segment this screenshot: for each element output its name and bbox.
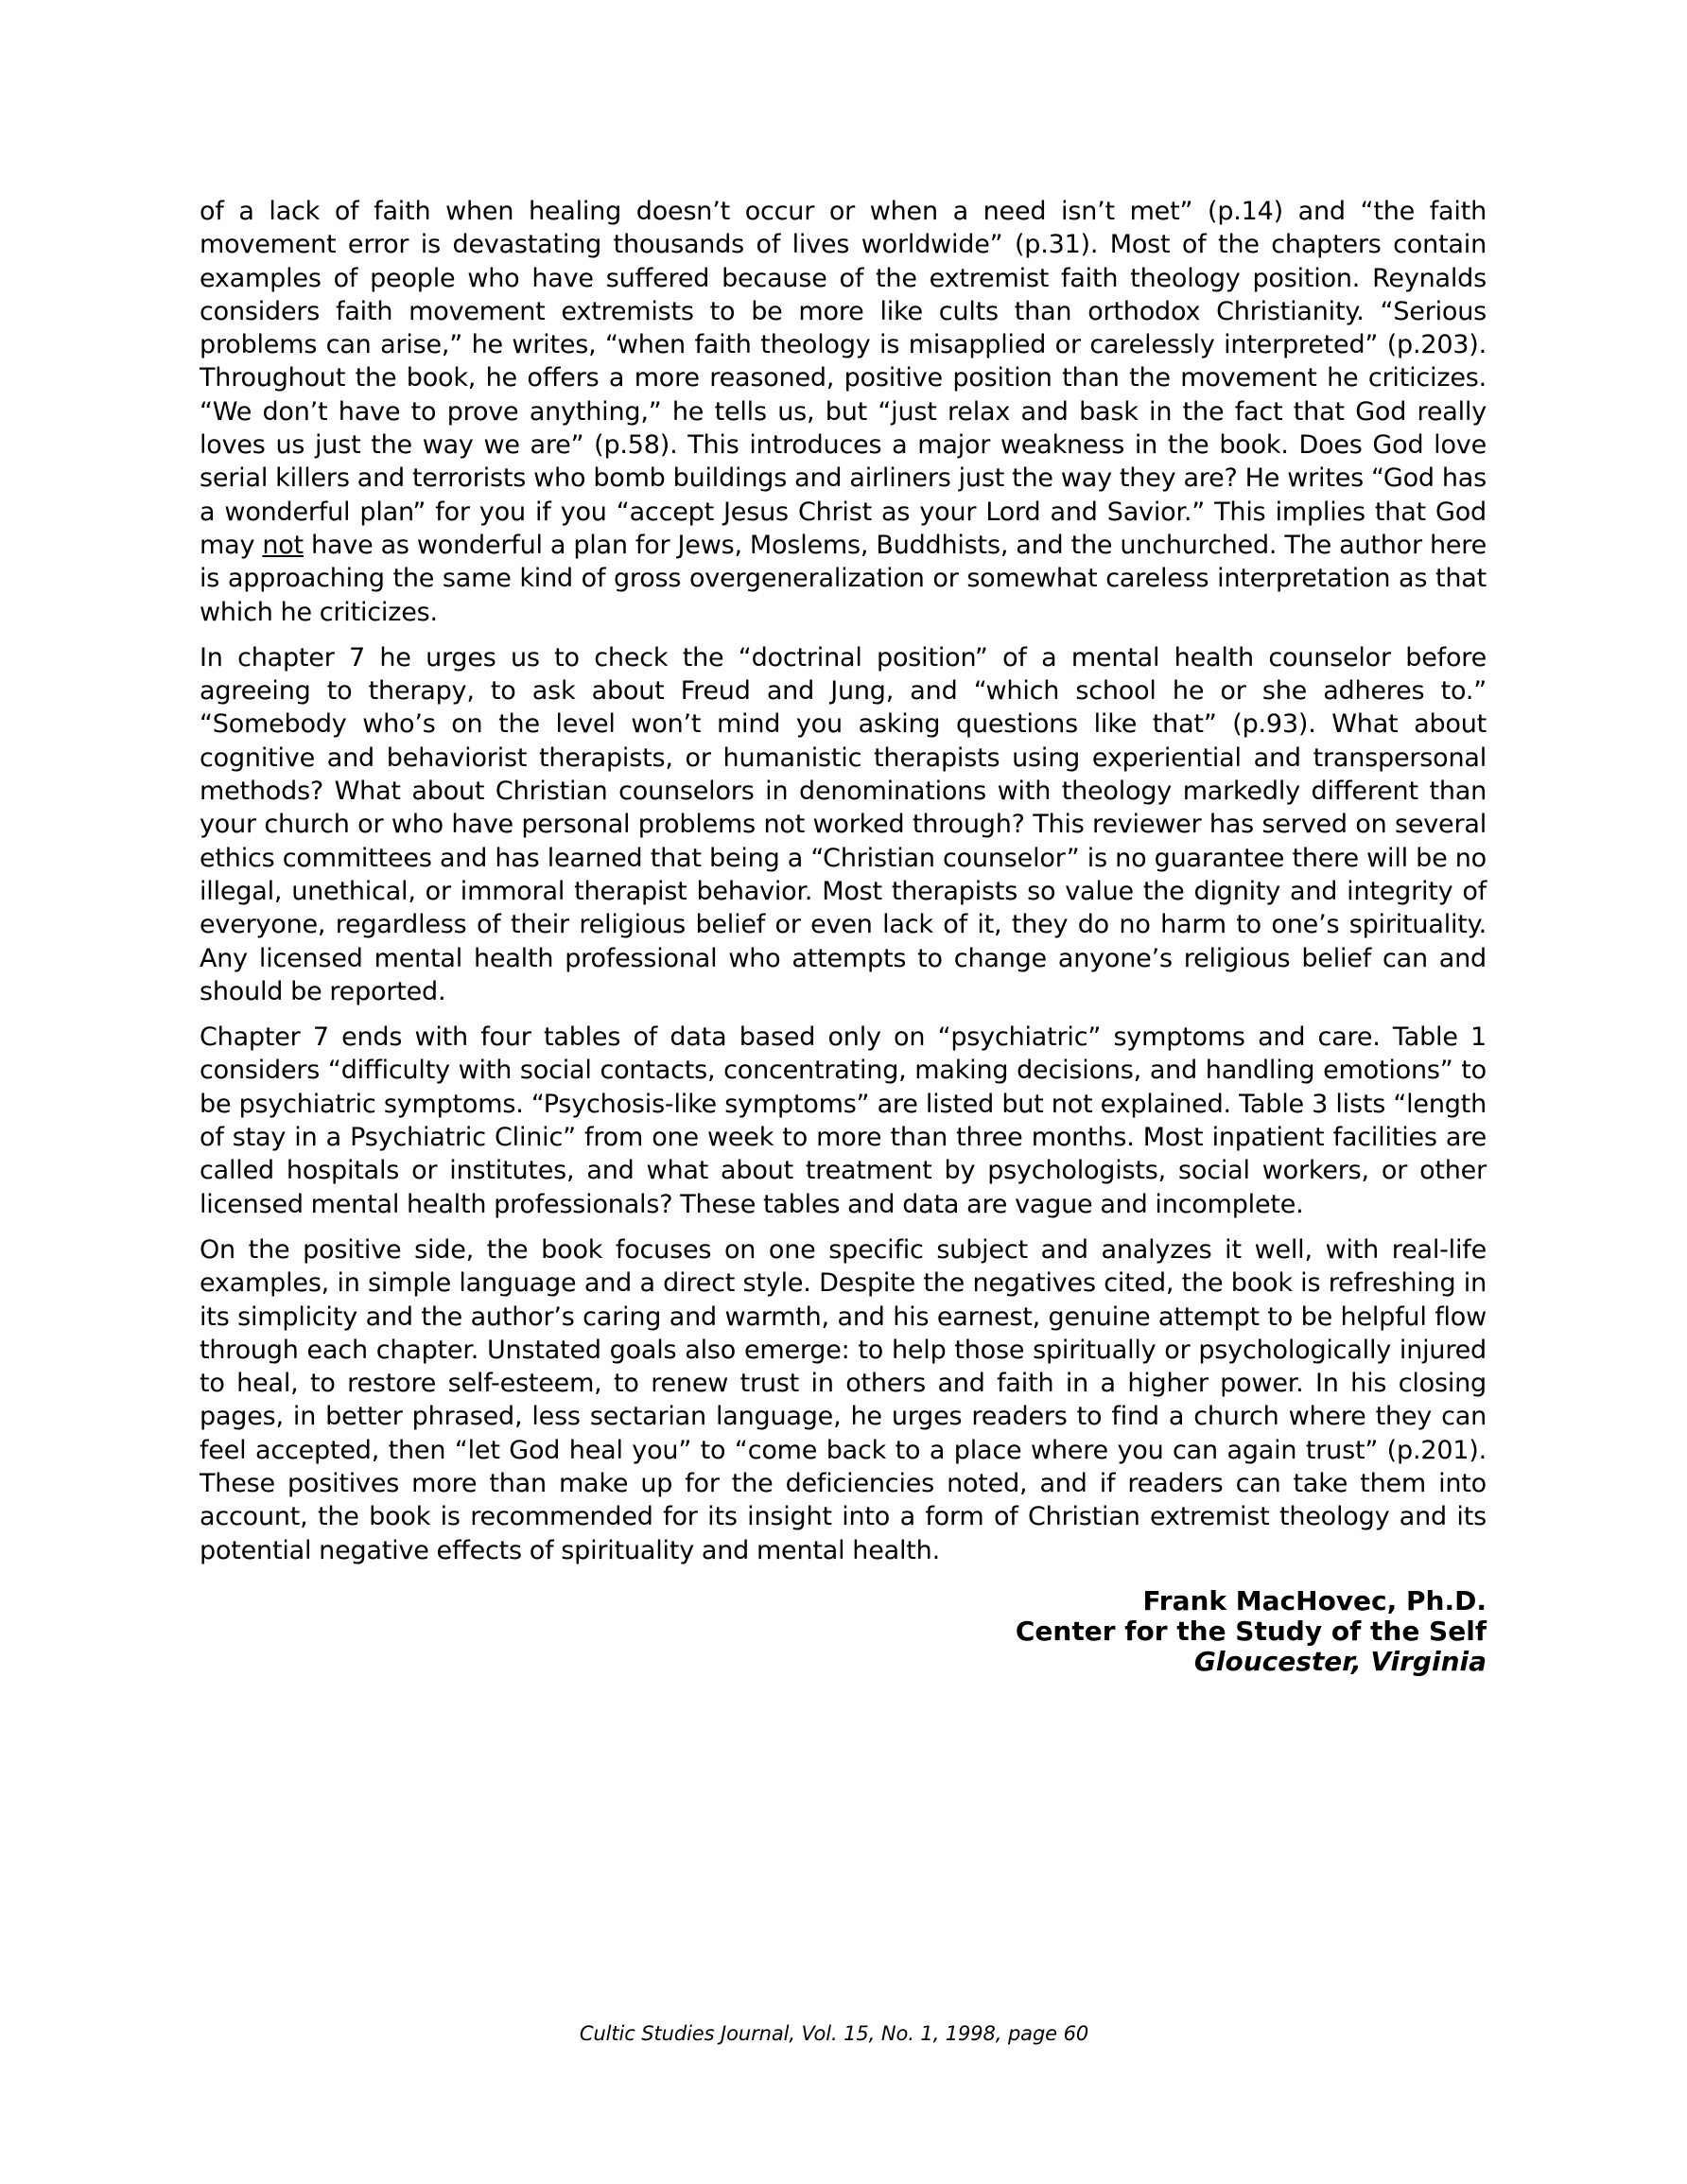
paragraph-1: of a lack of faith when healing doesn’t … (200, 195, 1487, 629)
paragraph-1-text-before: of a lack of faith when healing doesn’t … (200, 197, 1487, 560)
signature-block: Frank MacHovec, Ph.D. Center for the Stu… (200, 1586, 1487, 1677)
paragraph-1-text-after: have as wonderful a plan for Jews, Mosle… (200, 531, 1487, 627)
author-affiliation: Center for the Study of the Self (200, 1616, 1487, 1647)
author-name: Frank MacHovec, Ph.D. (200, 1586, 1487, 1616)
underlined-word: not (262, 531, 304, 560)
author-location: Gloucester, Virginia (200, 1647, 1487, 1677)
paragraph-3: Chapter 7 ends with four tables of data … (200, 1021, 1487, 1221)
page-body: of a lack of faith when healing doesn’t … (200, 195, 1487, 1677)
paragraph-2: In chapter 7 he urges us to check the “d… (200, 641, 1487, 1008)
paragraph-4: On the positive side, the book focuses o… (200, 1233, 1487, 1567)
page-footer-citation: Cultic Studies Journal, Vol. 15, No. 1, … (0, 2022, 1687, 2045)
